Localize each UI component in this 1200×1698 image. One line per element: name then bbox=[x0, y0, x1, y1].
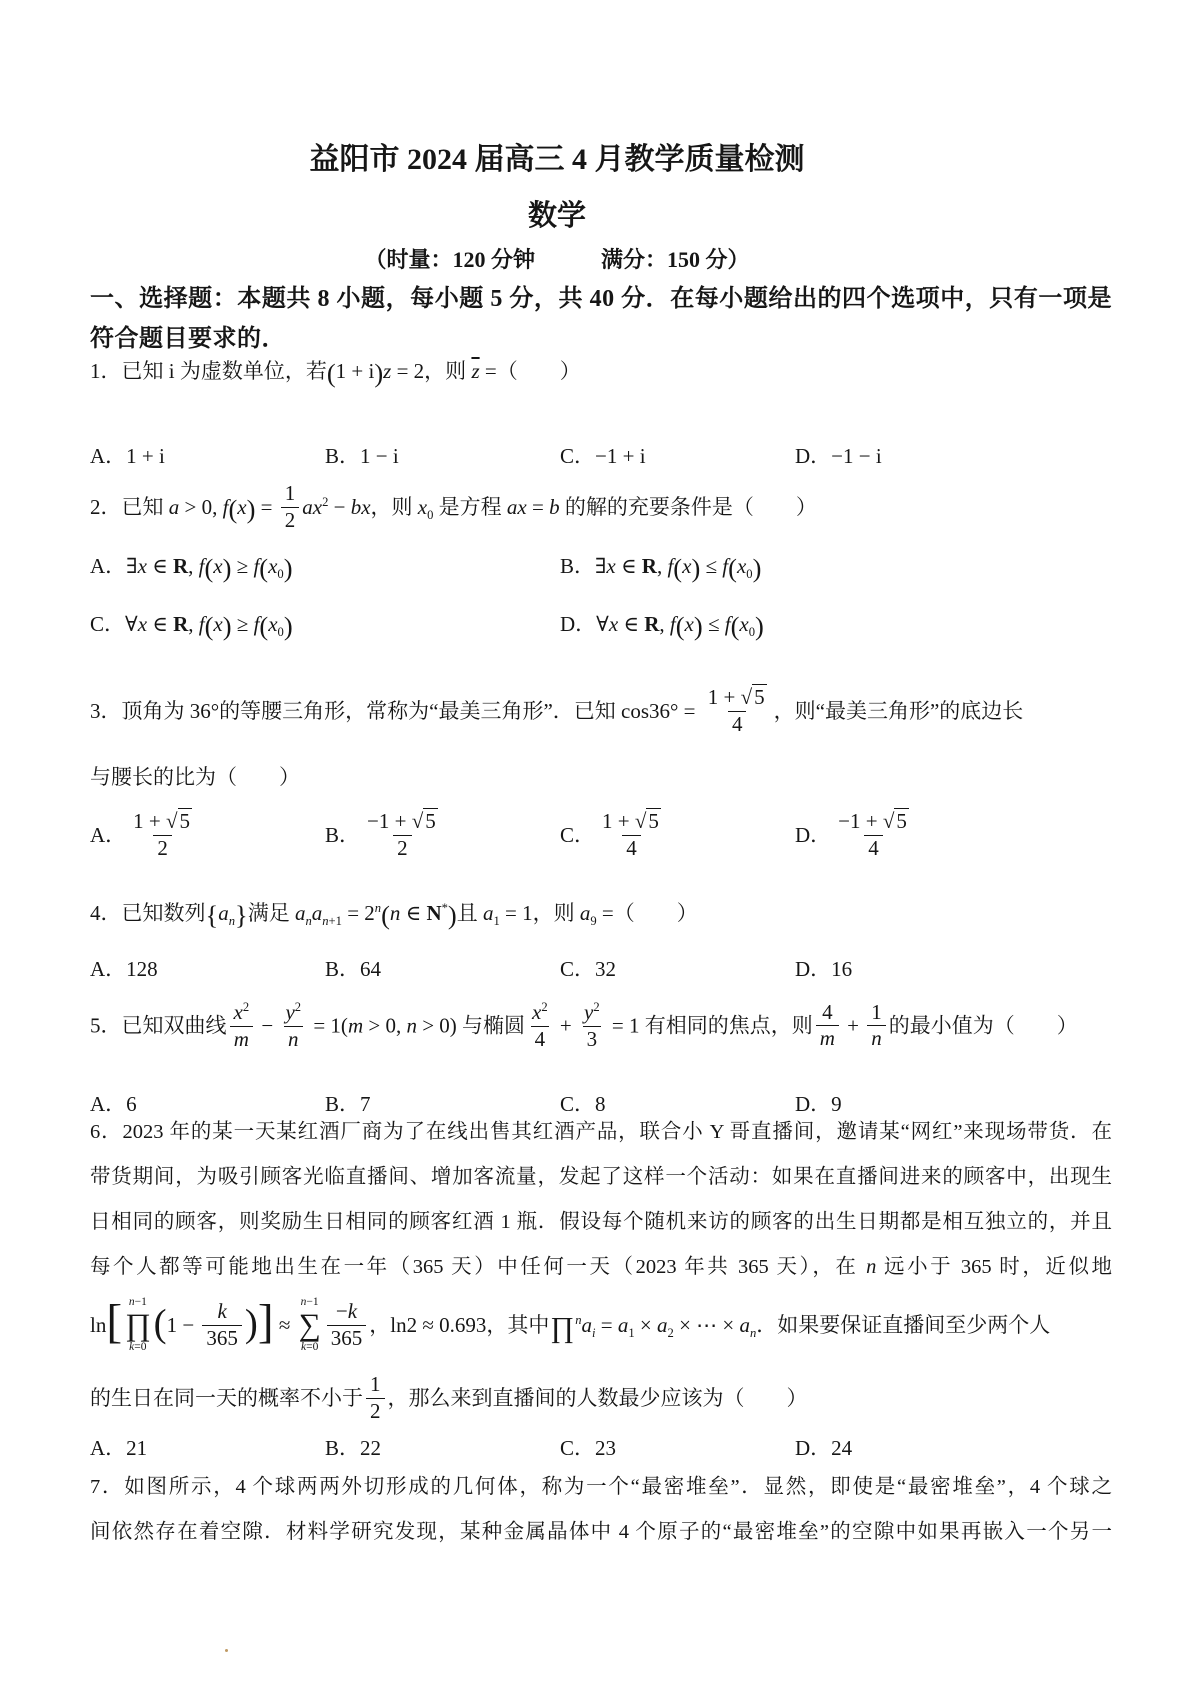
q3-stem-line2: 与腰长的比为（ ） bbox=[90, 762, 1112, 792]
q1-options: A．1 + i B．1 − i C．−1 + i D．−1 − i bbox=[90, 440, 1112, 470]
q7-paragraph: 7．如图所示，4 个球两两外切形成的几何体，称为一个“最密堆垒”．显然，即使是“… bbox=[90, 1465, 1112, 1555]
section1-header-line2: 符合题目要求的． bbox=[90, 319, 1112, 359]
q6-options: A．21 B．22 C．23 D．24 bbox=[90, 1432, 1112, 1462]
q7-paragraph-line2: 间依然存在着空隙．材料学研究发现，某种金属晶体中 4 个原子的“最密堆垒”的空隙… bbox=[90, 1510, 1112, 1555]
q6-option-d: D．24 bbox=[795, 1432, 1112, 1462]
exam-title: 益阳市 2024 届高三 4 月教学质量检测 bbox=[0, 134, 1114, 178]
q6-paragraph-line3: 日相同的顾客，则奖励生日相同的顾客红酒 1 瓶．假设每个随机来访的顾客的出生日期… bbox=[90, 1200, 1112, 1245]
q6-option-b: B．22 bbox=[325, 1432, 560, 1462]
q3-option-c: C．1 + √54 bbox=[560, 812, 795, 862]
q1-option-b: B．1 − i bbox=[325, 440, 560, 470]
q1-stem: 1．已知 i 为虚数单位，若(1 + i)z = 2，则 z =（ ） bbox=[90, 356, 1112, 386]
q6-paragraph: 6．2023 年的某一天某红酒厂商为了在线出售其红酒产品，联合小 Y 哥直播间，… bbox=[90, 1110, 1112, 1290]
q3-options: A．1 + √52 B．−1 + √52 C．1 + √54 D．−1 + √5… bbox=[90, 812, 1112, 862]
q4-stem: 4．已知数列{an}满足 anan+1 = 2n(n ∈ N*)且 a1 = 1… bbox=[90, 898, 1112, 930]
q3-stem-line1: 3．顶角为 36°的等腰三角形，常称为“最美三角形”．已知 cos36° = 1… bbox=[90, 688, 1112, 738]
q4-option-a: A．128 bbox=[90, 953, 325, 983]
q6-paragraph-line4: 每个人都等可能地出生在一年（365 天）中任何一天（2023 年共 365 天）… bbox=[90, 1245, 1112, 1290]
q4-option-b: B．64 bbox=[325, 953, 560, 983]
q1-option-a: A．1 + i bbox=[90, 440, 325, 470]
scan-speck-artifact bbox=[225, 1649, 228, 1652]
q2-stem: 2．已知 a > 0, f(x) = 12ax2 − bx，则 x0 是方程 a… bbox=[90, 484, 1112, 534]
exam-paper-page: 益阳市 2024 届高三 4 月教学质量检测 数学 （时量：120 分钟 满分：… bbox=[0, 0, 1200, 1698]
q4-option-d: D．16 bbox=[795, 953, 1112, 983]
q6-paragraph-line2: 带货期间，为吸引顾客光临直播间、增加客流量，发起了这样一个活动：如果在直播间进来… bbox=[90, 1155, 1112, 1200]
q1-option-c: C．−1 + i bbox=[560, 440, 795, 470]
q2-option-a: A．∃x ∈ R, f(x) ≥ f(x0) bbox=[90, 550, 560, 582]
q2-option-c: C．∀x ∈ R, f(x) ≥ f(x0) bbox=[90, 608, 560, 640]
q3-option-a: A．1 + √52 bbox=[90, 812, 325, 862]
exam-subject: 数学 bbox=[0, 193, 1114, 234]
q7-paragraph-line1: 7．如图所示，4 个球两两外切形成的几何体，称为一个“最密堆垒”．显然，即使是“… bbox=[90, 1465, 1112, 1510]
q4-options: A．128 B．64 C．32 D．16 bbox=[90, 953, 1112, 983]
exam-info-line: （时量：120 分钟 满分：150 分） bbox=[0, 243, 1114, 274]
q6-probability-line: 的生日在同一天的概率不小于12，那么来到直播间的人数最少应该为（ ） bbox=[90, 1375, 1112, 1425]
q2-option-d: D．∀x ∈ R, f(x) ≤ f(x0) bbox=[560, 608, 1112, 640]
q5-stem: 5．已知双曲线x2m − y2n = 1(m > 0, n > 0) 与椭圆x2… bbox=[90, 1002, 1112, 1053]
q1-option-d: D．−1 − i bbox=[795, 440, 1112, 470]
q6-formula: ln[n−1∏k=0(1 − k365)] ≈ n−1∑k=0−k365，ln2… bbox=[90, 1298, 1112, 1356]
q4-option-c: C．32 bbox=[560, 953, 795, 983]
section1-header: 一、选择题：本题共 8 小题，每小题 5 分，共 40 分．在每小题给出的四个选… bbox=[90, 279, 1112, 359]
q2-option-b: B．∃x ∈ R, f(x) ≤ f(x0) bbox=[560, 550, 1112, 582]
q6-option-c: C．23 bbox=[560, 1432, 795, 1462]
q3-option-d: D．−1 + √54 bbox=[795, 812, 1112, 862]
q6-option-a: A．21 bbox=[90, 1432, 325, 1462]
section1-header-line1: 一、选择题：本题共 8 小题，每小题 5 分，共 40 分．在每小题给出的四个选… bbox=[90, 279, 1112, 319]
q3-option-b: B．−1 + √52 bbox=[325, 812, 560, 862]
q2-options: A．∃x ∈ R, f(x) ≥ f(x0) B．∃x ∈ R, f(x) ≤ … bbox=[90, 550, 1112, 640]
q6-paragraph-line1: 6．2023 年的某一天某红酒厂商为了在线出售其红酒产品，联合小 Y 哥直播间，… bbox=[90, 1110, 1112, 1155]
